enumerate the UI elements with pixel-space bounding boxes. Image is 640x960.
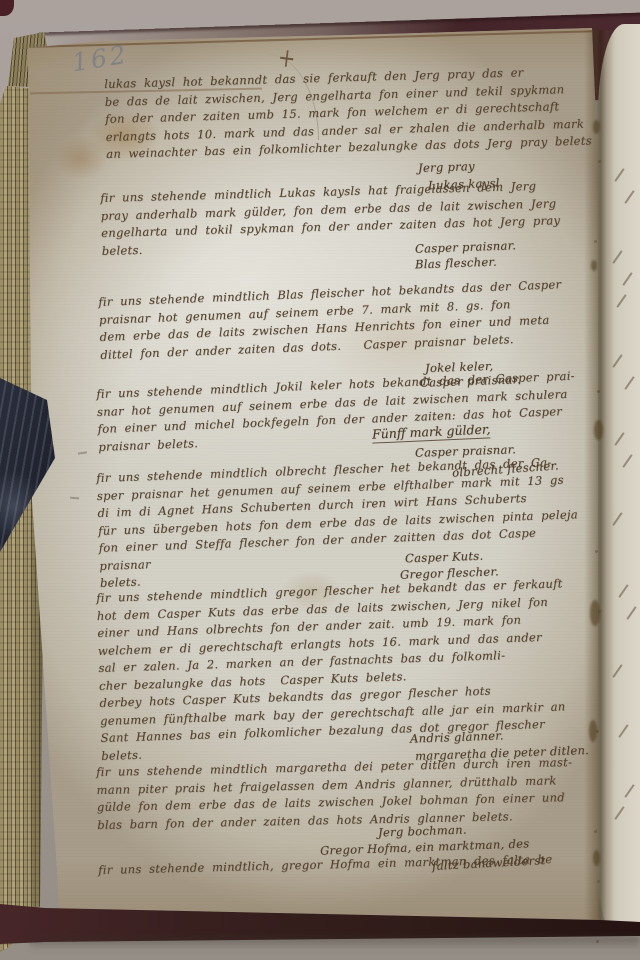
book-shadow [30, 936, 640, 950]
manuscript-entry-1: lukas kaysl hot bekanndt das sie ferkauf… [104, 62, 592, 163]
margin-mark [78, 451, 87, 454]
writing-stroke [614, 432, 624, 445]
writing-stroke [626, 606, 636, 619]
manuscript-entry-7: fir uns stehende mindtlich margaretha de… [96, 754, 583, 834]
manuscript-entry-3: fir uns stehende mindtlich Blas fleische… [98, 275, 586, 364]
signature: Blas flescher. [415, 255, 497, 272]
cover-corner-spot [0, 0, 14, 16]
writing-stroke [624, 784, 634, 797]
gutter-stain [594, 420, 603, 440]
writing-stroke [622, 272, 632, 285]
writing-stroke [624, 376, 634, 389]
signature: Jerg pray [418, 159, 475, 175]
signature: Casper praisnar. [415, 238, 517, 256]
gutter-stain [590, 600, 600, 626]
writing-stroke [624, 190, 634, 203]
writing-stroke [618, 724, 628, 737]
manuscript-photo: { "colors": { "paper": "#d3d0c6", "ink":… [0, 0, 640, 960]
cross-mark: + [276, 42, 297, 74]
gutter-speckles [596, 90, 599, 93]
manuscript-entry-5: fir uns stehende mindtlich olbrecht fles… [96, 453, 586, 592]
writing-stroke [614, 168, 624, 181]
manuscript-entry-6: fir uns stehende mindtlich gregor flesch… [96, 575, 587, 765]
paper-stain [54, 136, 108, 180]
gutter-stain [593, 120, 600, 134]
writing-stroke [616, 294, 626, 307]
book-gutter [584, 30, 614, 932]
signature: Jerg bochman. [378, 822, 467, 839]
margin-mark [70, 497, 79, 500]
gutter-stain [589, 720, 597, 742]
writing-stroke [618, 584, 628, 597]
manuscript-page: 162 + lukas kaysl hot bekanndt das sie f… [28, 26, 608, 932]
writing-stroke [614, 806, 624, 819]
gutter-stain [593, 850, 600, 866]
gutter-stain [591, 260, 597, 271]
writing-stroke [622, 454, 632, 467]
signature: Casper Kuts. [405, 549, 484, 566]
